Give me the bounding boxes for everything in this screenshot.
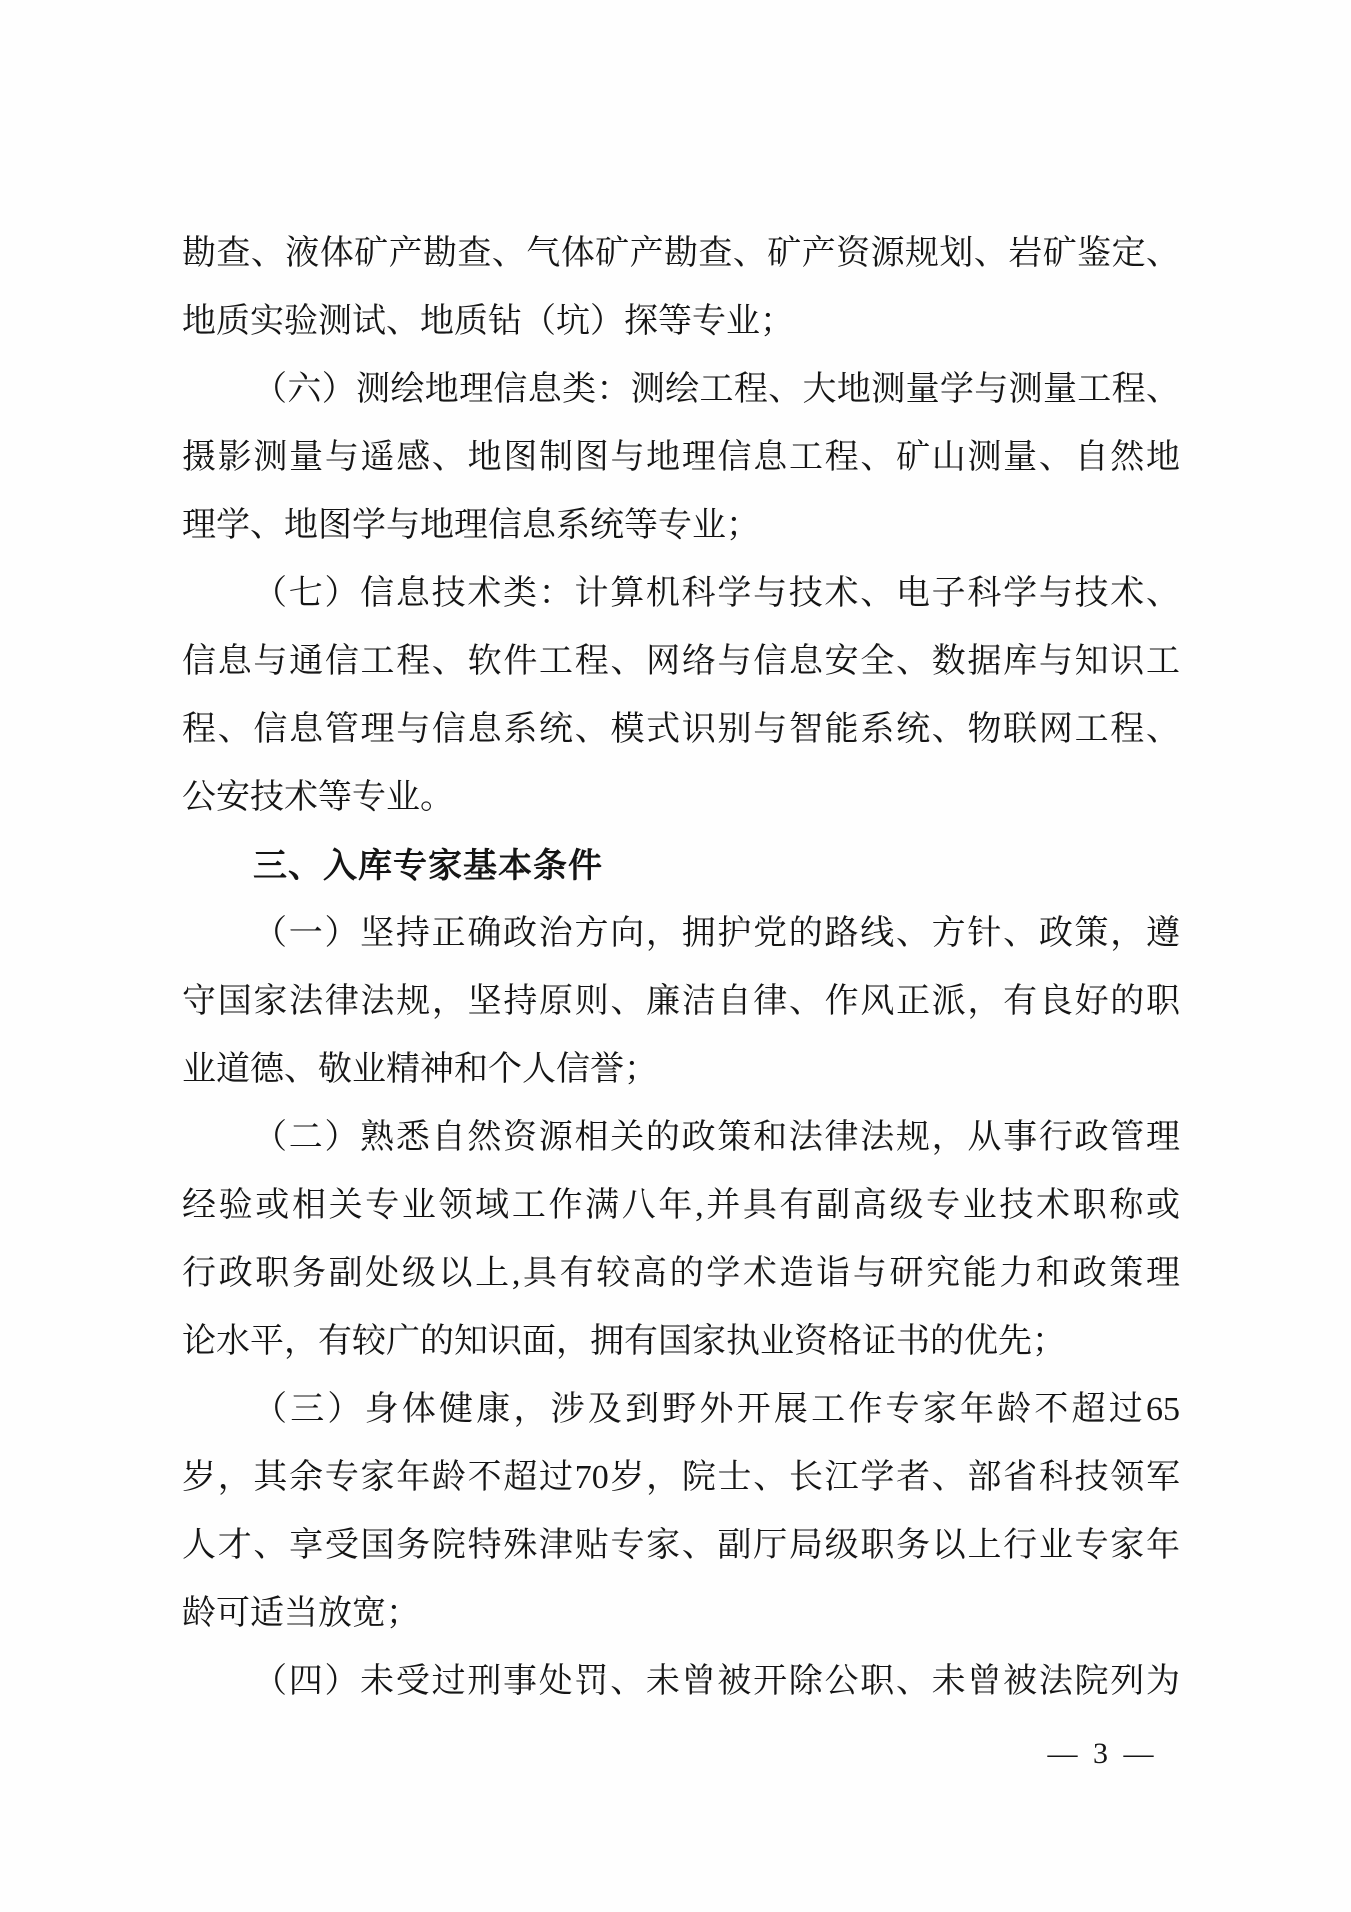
text-line: 程、信息管理与信息系统、模式识别与智能系统、物联网工程、 [182,696,1180,764]
text-line: 岁，其余专家年龄不超过70岁，院士、长江学者、部省科技领军 [182,1444,1180,1512]
text-line: （二）熟悉自然资源相关的政策和法律法规，从事行政管理 [182,1104,1180,1172]
text-line: 理学、地图学与地理信息系统等专业； [182,492,1180,560]
document-page: 勘查、液体矿产勘查、气体矿产勘查、矿产资源规划、岩矿鉴定、 地质实验测试、地质钻… [0,0,1351,1912]
text-line: 摄影测量与遥感、地图制图与地理信息工程、矿山测量、自然地 [182,424,1180,492]
paragraph-geology-continued: 勘查、液体矿产勘查、气体矿产勘查、矿产资源规划、岩矿鉴定、 地质实验测试、地质钻… [182,220,1180,356]
text-line: 守国家法律法规，坚持原则、廉洁自律、作风正派，有良好的职 [182,968,1180,1036]
condition-no-criminal-record: （四）未受过刑事处罚、未曾被开除公职、未曾被法院列为 [182,1648,1180,1716]
text-line: （六）测绘地理信息类：测绘工程、大地测量学与测量工程、 [182,356,1180,424]
paragraph-information-technology: （七）信息技术类：计算机科学与技术、电子科学与技术、 信息与通信工程、软件工程、… [182,560,1180,832]
condition-health-age: （三）身体健康，涉及到野外开展工作专家年龄不超过65 岁，其余专家年龄不超过70… [182,1376,1180,1648]
text-line: （三）身体健康，涉及到野外开展工作专家年龄不超过65 [182,1376,1180,1444]
paragraph-surveying-mapping: （六）测绘地理信息类：测绘工程、大地测量学与测量工程、 摄影测量与遥感、地图制图… [182,356,1180,560]
text-line: 地质实验测试、地质钻（坑）探等专业； [182,288,1180,356]
text-line: 勘查、液体矿产勘查、气体矿产勘查、矿产资源规划、岩矿鉴定、 [182,220,1180,288]
text-line: 经验或相关专业领域工作满八年,并具有副高级专业技术职称或 [182,1172,1180,1240]
text-line: （一）坚持正确政治方向，拥护党的路线、方针、政策，遵 [182,900,1180,968]
document-body: 勘查、液体矿产勘查、气体矿产勘查、矿产资源规划、岩矿鉴定、 地质实验测试、地质钻… [182,220,1180,1716]
text-line: 行政职务副处级以上,具有较高的学术造诣与研究能力和政策理 [182,1240,1180,1308]
text-line: 人才、享受国务院特殊津贴专家、副厅局级职务以上行业专家年 [182,1512,1180,1580]
text-line: 龄可适当放宽； [182,1580,1180,1648]
text-line: 信息与通信工程、软件工程、网络与信息安全、数据库与知识工 [182,628,1180,696]
condition-political: （一）坚持正确政治方向，拥护党的路线、方针、政策，遵 守国家法律法规，坚持原则、… [182,900,1180,1104]
text-line: （四）未受过刑事处罚、未曾被开除公职、未曾被法院列为 [182,1648,1180,1716]
text-line: 公安技术等专业。 [182,764,1180,832]
text-line: 业道德、敬业精神和个人信誉； [182,1036,1180,1104]
section-heading: 三、入库专家基本条件 [182,832,1180,900]
text-line: 论水平，有较广的知识面，拥有国家执业资格证书的优先； [182,1308,1180,1376]
condition-experience: （二）熟悉自然资源相关的政策和法律法规，从事行政管理 经验或相关专业领域工作满八… [182,1104,1180,1376]
text-line: （七）信息技术类：计算机科学与技术、电子科学与技术、 [182,560,1180,628]
page-number: — 3 — [1040,1734,1165,1774]
